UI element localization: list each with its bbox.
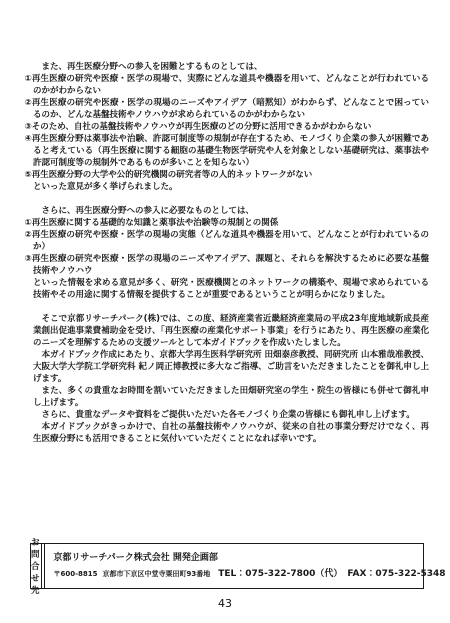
list-item: ①再生医療の研究や医療・医学の現場で、実際にどんな道具や機器を用いて、どんなこと… bbox=[33, 73, 429, 97]
section-gap bbox=[33, 301, 429, 313]
contact-label: お問合せ先 bbox=[31, 544, 45, 588]
section-gap bbox=[33, 193, 429, 205]
paragraph: 本ガイドブック作成にあたり、京都大学再生医科学研究所 田畑泰彦教授、同研究所 山… bbox=[33, 349, 429, 385]
document-page: また、再生医療分野への参入を困難とするものとしては、 ①再生医療の研究や医療・医… bbox=[0, 0, 450, 623]
contact-address-line: 〒600-8815京都市下京区中堂寺粟田町93番地TEL：075-322-780… bbox=[54, 566, 446, 579]
contact-tel: TEL：075-322-7800（代） bbox=[218, 569, 342, 579]
contact-postal-code: 〒600-8815 bbox=[54, 570, 98, 578]
section1-intro: また、再生医療分野への参入を困難とするものとしては、 bbox=[33, 61, 429, 73]
paragraph: さらに、貴重なデータや資料をご提供いただいた各モノづくり企業の皆様にも御礼申し上… bbox=[33, 409, 429, 421]
list-item: ②再生医療の研究や医療・医学の現場の実態（どんな道具や機器を用いて、どんなことが… bbox=[33, 229, 429, 253]
contact-company: 京都リサーチパーク株式会社 開発企画部 bbox=[54, 550, 446, 563]
list-item: ③再生医療の研究や医療・医学の現場のニーズやアイデア、課題と、それらを解決するた… bbox=[33, 253, 429, 277]
contact-fax: FAX：075-322-5348 bbox=[347, 569, 445, 579]
contact-info: 京都リサーチパーク株式会社 開発企画部 〒600-8815京都市下京区中堂寺粟田… bbox=[45, 544, 446, 588]
paragraph: また、多くの貴重なお時間を割いていただきました田畑研究室の学生・院生の皆様にも併… bbox=[33, 385, 429, 409]
body-text: また、再生医療分野への参入を困難とするものとしては、 ①再生医療の研究や医療・医… bbox=[33, 61, 429, 445]
list-item: ②再生医療の研究や医療・医学の現場のニーズやアイデア（暗黙知）がわからず、どんな… bbox=[33, 97, 429, 121]
list-item: ⑤再生医療分野の大学や公的研究機関の研究者等の人的ネットワークがない bbox=[33, 169, 429, 181]
section2-intro: さらに、再生医療分野への参入に必要なものとしては、 bbox=[33, 205, 429, 217]
section1-closing: といった意見が多く挙げられました。 bbox=[33, 181, 429, 193]
contact-address: 京都市下京区中堂寺粟田町93番地 bbox=[103, 570, 211, 578]
contact-box: お問合せ先 京都リサーチパーク株式会社 開発企画部 〒600-8815京都市下京… bbox=[30, 543, 424, 589]
paragraph: そこで京都リサーチパーク(株)では、この度、経済産業省近畿経済産業局の平成23年… bbox=[33, 313, 429, 349]
list-item: ④再生医療分野は薬事法や治験、許認可制度等の規制が存在するため、モノづくり企業の… bbox=[33, 133, 429, 169]
paragraph: 本ガイドブックがきっかけで、自社の基盤技術やノウハウが、従来の自社の事業分野だけ… bbox=[33, 421, 429, 445]
list-item: ③そのため、自社の基盤技術やノウハウが再生医療のどの分野に活用できるかがわからな… bbox=[33, 121, 429, 133]
section2-closing: といった情報を求める意見が多く、研究・医療機関とのネットワークの構築や、現場で求… bbox=[33, 277, 429, 301]
page-number: 43 bbox=[0, 597, 450, 610]
list-item: ①再生医療に関する基礎的な知識と薬事法や治験等の規制との関係 bbox=[33, 217, 429, 229]
